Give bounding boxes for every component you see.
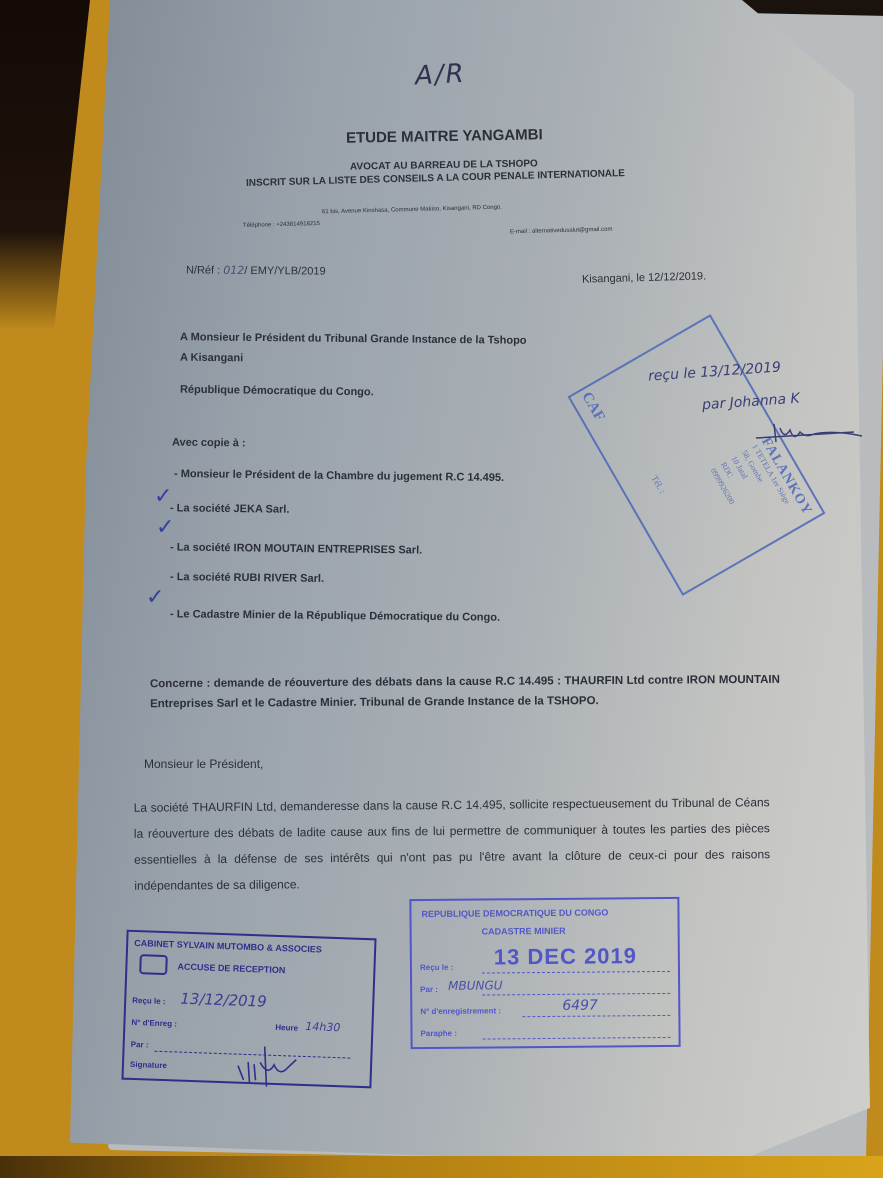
handwritten-annotation: A/R [414, 59, 466, 92]
cm-stamp-enreg-value: 6497 [562, 998, 598, 1014]
cm-stamp-line [483, 1037, 671, 1040]
accuse-reception-stamp: CABINET SYLVAIN MUTOMBO & ASSOCIES ACCUS… [121, 930, 376, 1089]
cm-stamp-date: 13 DEC 2019 [494, 943, 637, 970]
signature-icon [754, 420, 864, 446]
cm-stamp-line2: CADASTRE MINIER [482, 926, 566, 937]
checkmark-icon: ✓ [154, 484, 172, 509]
cm-stamp-line [522, 1015, 670, 1017]
reference-prefix: N/Réf : [186, 264, 220, 276]
body-paragraph: La société THAURFIN Ltd, demanderesse da… [134, 789, 771, 899]
cm-stamp-line [482, 993, 670, 996]
cm-stamp-line [482, 971, 670, 974]
scales-logo-icon [139, 954, 168, 975]
cm-stamp-par-value: MBUNGU [448, 978, 503, 992]
cm-stamp-recu-label: Reçu le : [420, 963, 453, 972]
cm-stamp-enreg-label: N° d'enregistrement : [420, 1006, 501, 1016]
ar-stamp-title: ACCUSE DE RECEPTION [177, 961, 285, 975]
reference-number: 012 [223, 264, 244, 277]
desk-edge-bottom [0, 1156, 883, 1178]
ar-stamp-recu-label: Reçu le : [132, 996, 166, 1006]
ar-stamp-par-label: Par : [131, 1040, 149, 1050]
copy-recipient: - La société JEKA Sarl. [170, 502, 290, 515]
ar-stamp-signature-label: Signature [130, 1060, 167, 1070]
ar-stamp-recu-value: 13/12/2019 [180, 990, 267, 1011]
desk-shadow [0, 0, 90, 330]
cm-stamp-par-label: Par : [420, 985, 438, 994]
checkmark-icon: ✓ [156, 515, 174, 540]
reference-line: N/Réf : 012/ EMY/YLB/2019 [186, 263, 326, 277]
subject-paragraph: Concerne : demande de réouverture des dé… [150, 670, 780, 714]
cadastre-minier-stamp: REPUBLIQUE DEMOCRATIQUE DU CONGO CADASTR… [409, 897, 680, 1049]
caf-stamp-title: CAF [577, 389, 607, 424]
cm-stamp-paraphe-label: Paraphe : [420, 1029, 457, 1038]
checkmark-icon: ✓ [146, 585, 164, 610]
ar-stamp-heure-label: Heure [275, 1023, 298, 1033]
caf-stamp-tel: Tél. : [650, 474, 668, 495]
ar-stamp-enreg-label: N° d'Enreg : [131, 1018, 177, 1029]
ar-stamp-heure-value: 14h30 [305, 1020, 340, 1034]
copy-recipient: - La société RUBI RIVER Sarl. [170, 571, 324, 585]
salutation: Monsieur le Président, [144, 757, 263, 771]
reference-suffix: / EMY/YLB/2019 [244, 265, 325, 278]
letterhead-firm: ETUDE MAITRE YANGAMBI [346, 126, 543, 146]
signature-icon [233, 1036, 345, 1090]
ar-stamp-firm: CABINET SYLVAIN MUTOMBO & ASSOCIES [134, 938, 322, 955]
cm-stamp-line1: REPUBLIQUE DEMOCRATIQUE DU CONGO [421, 907, 608, 919]
addressee-line: A Kisangani [180, 352, 243, 365]
copies-title: Avec copie à : [172, 437, 246, 450]
